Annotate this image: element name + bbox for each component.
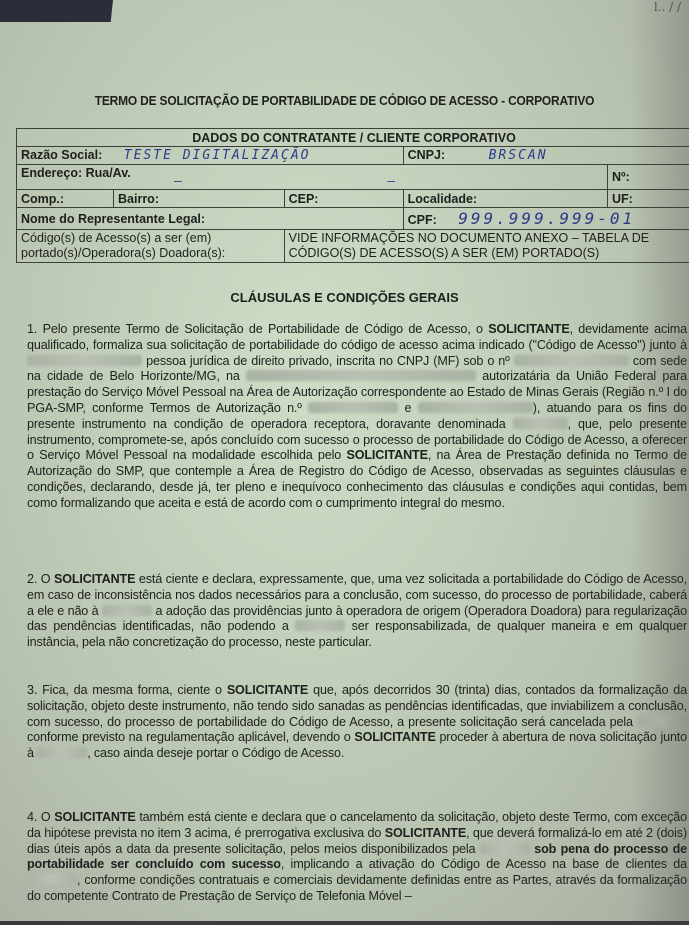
redacted-operator-name xyxy=(637,716,687,727)
uf-field[interactable]: UF: xyxy=(608,190,689,208)
comp-label: Comp.: xyxy=(21,192,64,206)
clause-2: 2. O SOLICITANTE está ciente e declara, … xyxy=(27,572,687,651)
redacted-company-name xyxy=(27,355,142,366)
clause-4: 4. O SOLICITANTE também está ciente e de… xyxy=(27,810,687,905)
redacted-operator-name xyxy=(37,747,87,758)
cpf-label: CPF: xyxy=(408,213,437,227)
cep-label: CEP: xyxy=(289,192,319,206)
clause-1: 1. Pelo presente Termo de Solicitação de… xyxy=(27,322,687,512)
razao-social-label: Razão Social: xyxy=(21,148,102,162)
cpf-field[interactable]: CPF: 999.999.999-01 xyxy=(403,208,689,230)
clauses-title: CLÁUSULAS E CONDIÇÕES GERAIS xyxy=(0,290,689,305)
cnpj-value: BRSCAN xyxy=(489,148,548,163)
representante-field[interactable]: Nome do Representante Legal: xyxy=(17,208,404,230)
cnpj-label: CNPJ: xyxy=(408,148,446,162)
client-data-form: DADOS DO CONTRATANTE / CLIENTE CORPORATI… xyxy=(16,128,689,263)
bairro-label: Bairro: xyxy=(118,192,159,206)
codigos-value-line1: VIDE INFORMAÇÕES NO DOCUMENTO ANEXO – TA… xyxy=(289,231,687,246)
codigos-label-line1: Código(s) de Acesso(s) a ser (em) xyxy=(21,231,280,246)
photo-bottom-edge xyxy=(0,921,689,925)
numero-field[interactable]: Nº: xyxy=(608,165,689,190)
representante-label: Nome do Representante Legal: xyxy=(21,212,205,226)
document-title: TERMO DE SOLICITAÇÃO DE PORTABILIDADE DE… xyxy=(28,93,662,108)
document-photo: l.. / / TERMO DE SOLICITAÇÃO DE PORTABIL… xyxy=(0,0,689,925)
redacted-operator-name xyxy=(513,418,568,429)
localidade-field[interactable]: Localidade: xyxy=(403,190,607,208)
comp-field[interactable]: Comp.: xyxy=(17,190,114,208)
uf-label: UF: xyxy=(612,192,633,206)
codigos-value-line2: CÓDIGO(S) DE ACESSO(S) A SER (EM) PORTAD… xyxy=(289,246,687,261)
localidade-label: Localidade: xyxy=(408,192,477,206)
cnpj-field[interactable]: CNPJ: BRSCAN xyxy=(403,147,689,165)
redacted-cnpj xyxy=(514,355,629,366)
endereco-dash-right: — xyxy=(388,174,398,189)
redacted-authorization-1 xyxy=(308,402,398,413)
form-section-title: DADOS DO CONTRATANTE / CLIENTE CORPORATI… xyxy=(17,129,689,147)
endereco-dash-left: — xyxy=(174,174,184,189)
endereco-field[interactable]: Endereço: Rua/Av. — — xyxy=(17,165,608,190)
redacted-authorization-2 xyxy=(418,402,533,413)
corner-handwriting: l.. / / xyxy=(654,0,681,14)
redacted-operator-name xyxy=(27,874,77,885)
redacted-address xyxy=(246,370,476,381)
bairro-field[interactable]: Bairro: xyxy=(114,190,285,208)
razao-social-field[interactable]: Razão Social: TESTE DIGITALIZAÇÃO xyxy=(17,147,404,165)
cpf-value: 999.999.999-01 xyxy=(458,209,635,228)
razao-social-value: TESTE DIGITALIZAÇÃO xyxy=(124,148,311,163)
redacted-operator-name xyxy=(480,843,530,854)
clause-3: 3. Fica, da mesma forma, ciente o SOLICI… xyxy=(27,683,687,762)
redacted-operator-name xyxy=(295,620,345,631)
codigos-label-line2: portado(s)/Operadora(s) Doadora(s): xyxy=(21,246,280,261)
codigos-label-cell: Código(s) de Acesso(s) a ser (em) portad… xyxy=(17,230,285,263)
codigos-value-cell: VIDE INFORMAÇÕES NO DOCUMENTO ANEXO – TA… xyxy=(284,230,689,263)
background-edge xyxy=(0,0,113,22)
redacted-operator-name xyxy=(102,605,152,616)
numero-label: Nº: xyxy=(612,170,630,184)
cep-field[interactable]: CEP: xyxy=(284,190,403,208)
endereco-label: Endereço: Rua/Av. xyxy=(21,166,131,180)
